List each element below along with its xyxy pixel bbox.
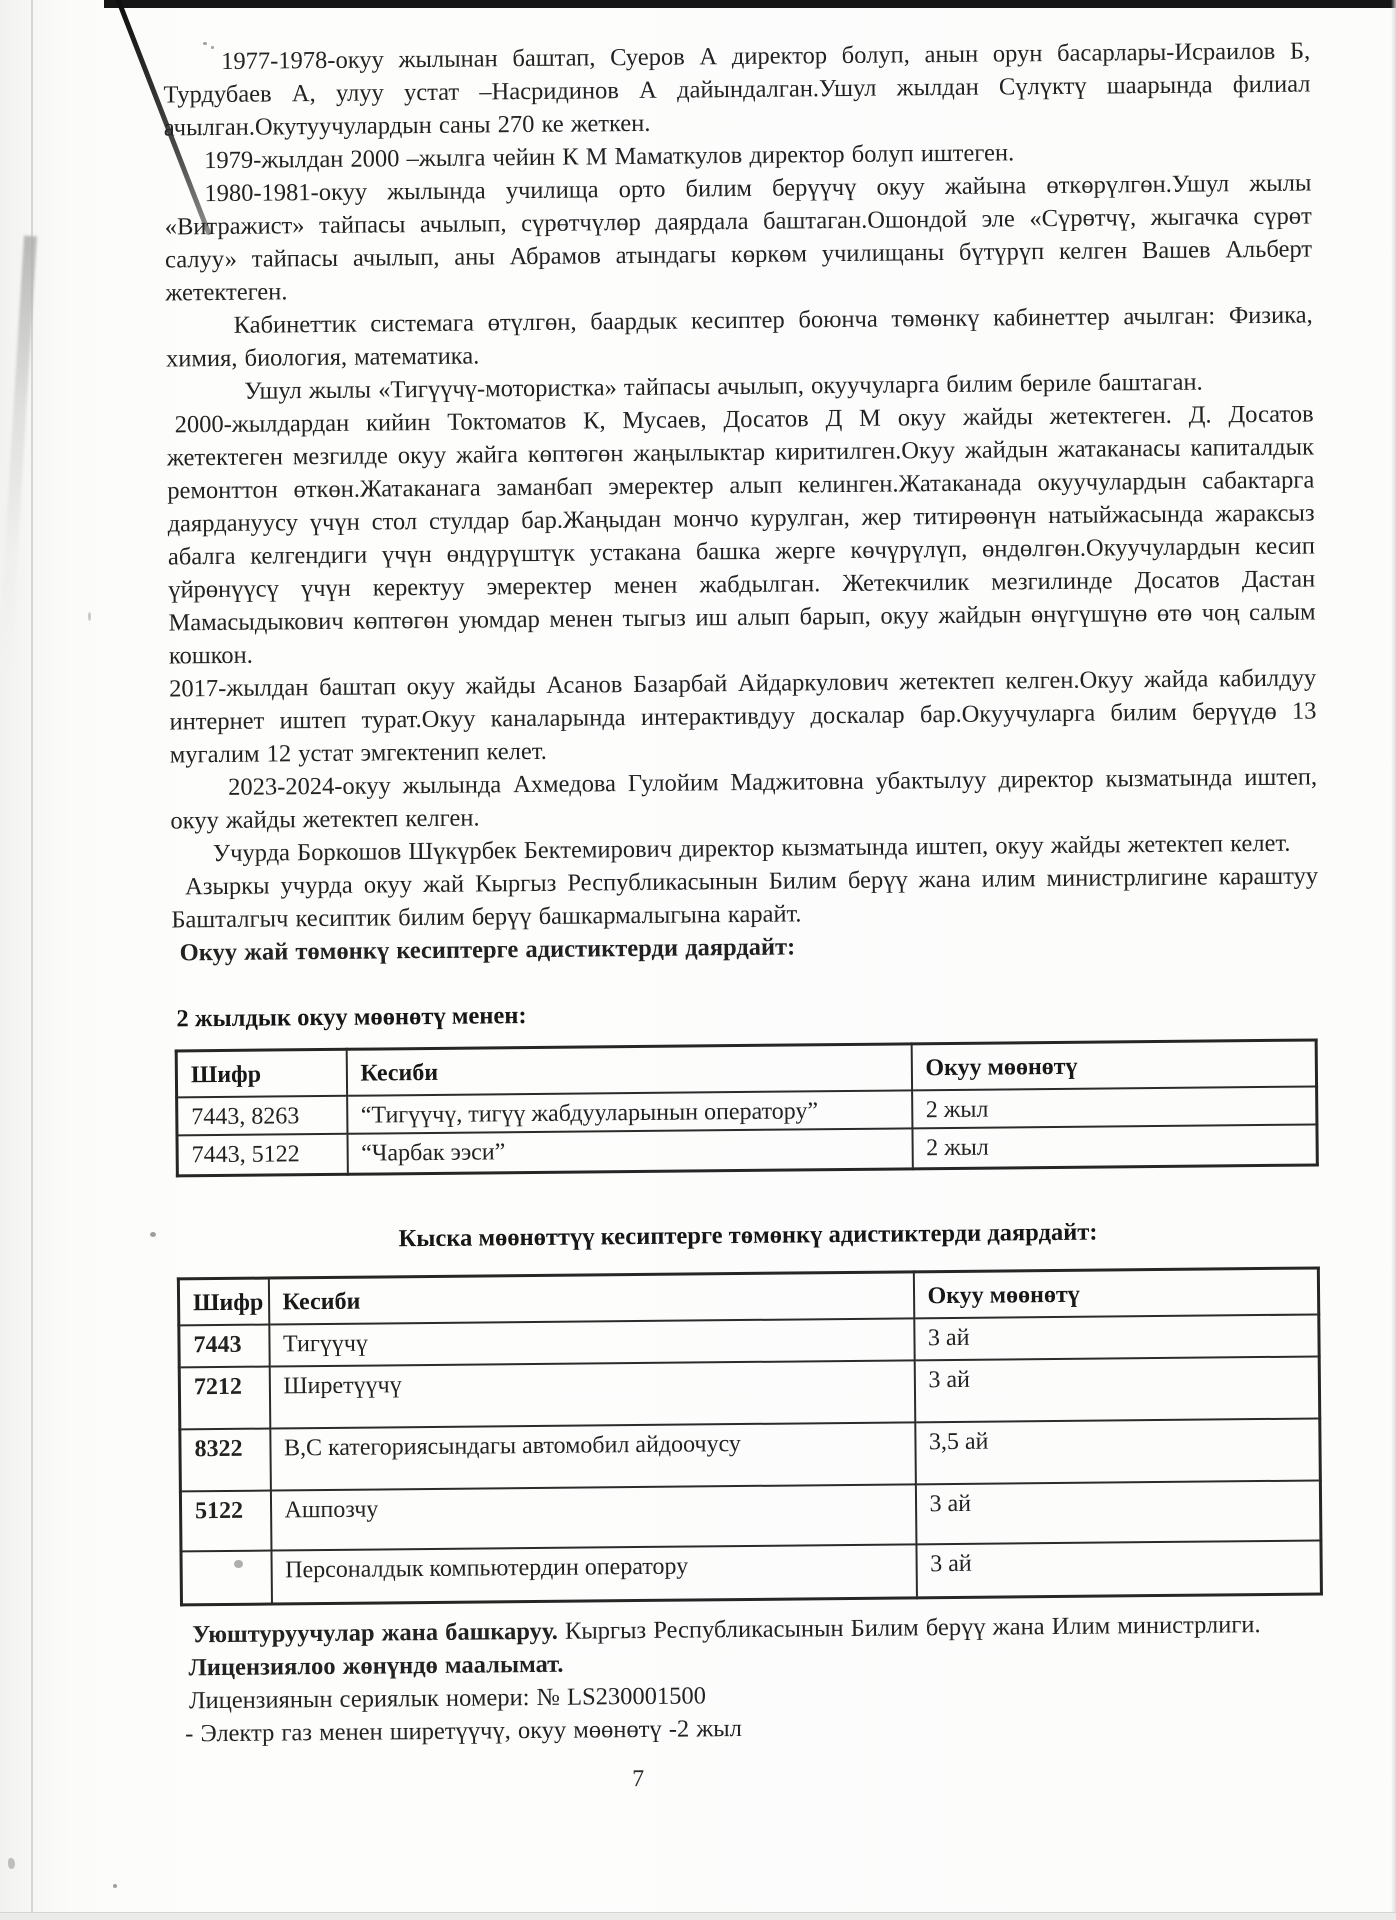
paragraph: 2017-жылдан баштап окуу жайды Асанов Баз… (169, 661, 1317, 771)
table-cell: 7443, 8263 (177, 1096, 347, 1136)
scan-bottom-edge (0, 1912, 1396, 1920)
table-cell: 3,5 ай (915, 1418, 1321, 1484)
table-cell: 3 ай (914, 1314, 1319, 1360)
table-cell: Ширетүүчү (269, 1360, 915, 1428)
paragraph: Азыркы учурда окуу жай Кыргыз Республика… (171, 859, 1319, 936)
column-header: Кесиби (346, 1044, 911, 1096)
table-cell (181, 1550, 272, 1605)
two-year-programs-table: ШифрКесибиОкуу мөөнөтү7443, 8263“Тигүүчү… (175, 1038, 1319, 1176)
column-header: Окуу мөөнөтү (911, 1040, 1316, 1090)
table-cell: Ашпозчу (270, 1484, 916, 1550)
table-cell: 3 ай (914, 1356, 1320, 1422)
column-header: Окуу мөөнөтү (913, 1267, 1318, 1317)
column-header: Шифр (176, 1049, 346, 1097)
two-year-programs-heading: 2 жылдык окуу мөөнөтү менен: (176, 992, 1319, 1035)
table-cell: 7443 (179, 1324, 269, 1367)
table-cell: 7443, 5122 (177, 1134, 347, 1176)
table-cell: В,С категориясындагы автомобил айдоочусу (270, 1422, 916, 1490)
short-term-programs-heading: Кыска мөөнөттүү кесиптерге төмөнкү адист… (174, 1214, 1321, 1257)
scan-speck (88, 612, 91, 621)
scan-left-edge-line (31, 0, 33, 1920)
table-cell: 7212 (179, 1366, 270, 1429)
scan-speck (8, 1858, 15, 1869)
paragraph: Кабинеттик системага өтүлгөн, баардык ке… (166, 298, 1314, 375)
table-cell: “Тигүүчү, тигүү жабдууларынын оператору” (347, 1090, 912, 1133)
table-cell: Персоналдык компьютердин оператору (271, 1544, 916, 1604)
scanned-document-page: 1977-1978-окуу жылынан баштап, Суеров А … (0, 0, 1396, 1920)
scan-right-edge-shadow (1391, 0, 1396, 1920)
scan-speck (150, 1232, 156, 1237)
table-cell: 8322 (180, 1428, 271, 1491)
paragraph: 2000-жылдардан кийин Токтоматов К, Мусае… (167, 397, 1316, 672)
table-cell: 5122 (180, 1490, 271, 1551)
table-cell: 3 ай (915, 1480, 1321, 1544)
history-paragraphs: 1977-1978-окуу жылынан баштап, Суеров А … (163, 34, 1319, 969)
paragraph: 1977-1978-окуу жылынан баштап, Суеров А … (163, 34, 1311, 144)
column-header: Шифр (178, 1278, 268, 1325)
table-cell: Тигүүчү (269, 1318, 914, 1366)
table-row: Персоналдык компьютердин оператору3 ай (181, 1540, 1321, 1605)
table-row: 8322В,С категориясындагы автомобил айдоо… (180, 1418, 1321, 1491)
scan-speck (113, 1884, 117, 1888)
short-term-programs-table: ШифрКесибиОкуу мөөнөтү7443Тигүүчү3 ай721… (177, 1266, 1323, 1606)
page-number: 7 (65, 1761, 1212, 1799)
table-cell: 3 ай (916, 1540, 1321, 1598)
paragraph-bold-lead: Уюштуруучулар жана башкаруу. (192, 1618, 558, 1649)
table-row: 7212Ширетүүчү3 ай (179, 1356, 1320, 1429)
table-cell: “Чарбак ээси” (347, 1128, 912, 1173)
column-header: Кесиби (268, 1271, 913, 1324)
table-row: 5122Ашпозчу3 ай (180, 1480, 1321, 1551)
footer-paragraphs: Уюштуруучулар жана башкаруу. Кыргыз Респ… (178, 1607, 1326, 1750)
scan-top-edge-artifact (104, 0, 1396, 8)
table-cell: 2 жыл (912, 1086, 1317, 1128)
paragraph: 2023-2024-окуу жылында Ахмедова Гулойим … (170, 760, 1318, 837)
table-cell: 2 жыл (912, 1124, 1317, 1168)
document-content: 1977-1978-окуу жылынан баштап, Суеров А … (163, 34, 1327, 1797)
paragraph: 1980-1981-окуу жылында училища орто били… (164, 166, 1312, 309)
